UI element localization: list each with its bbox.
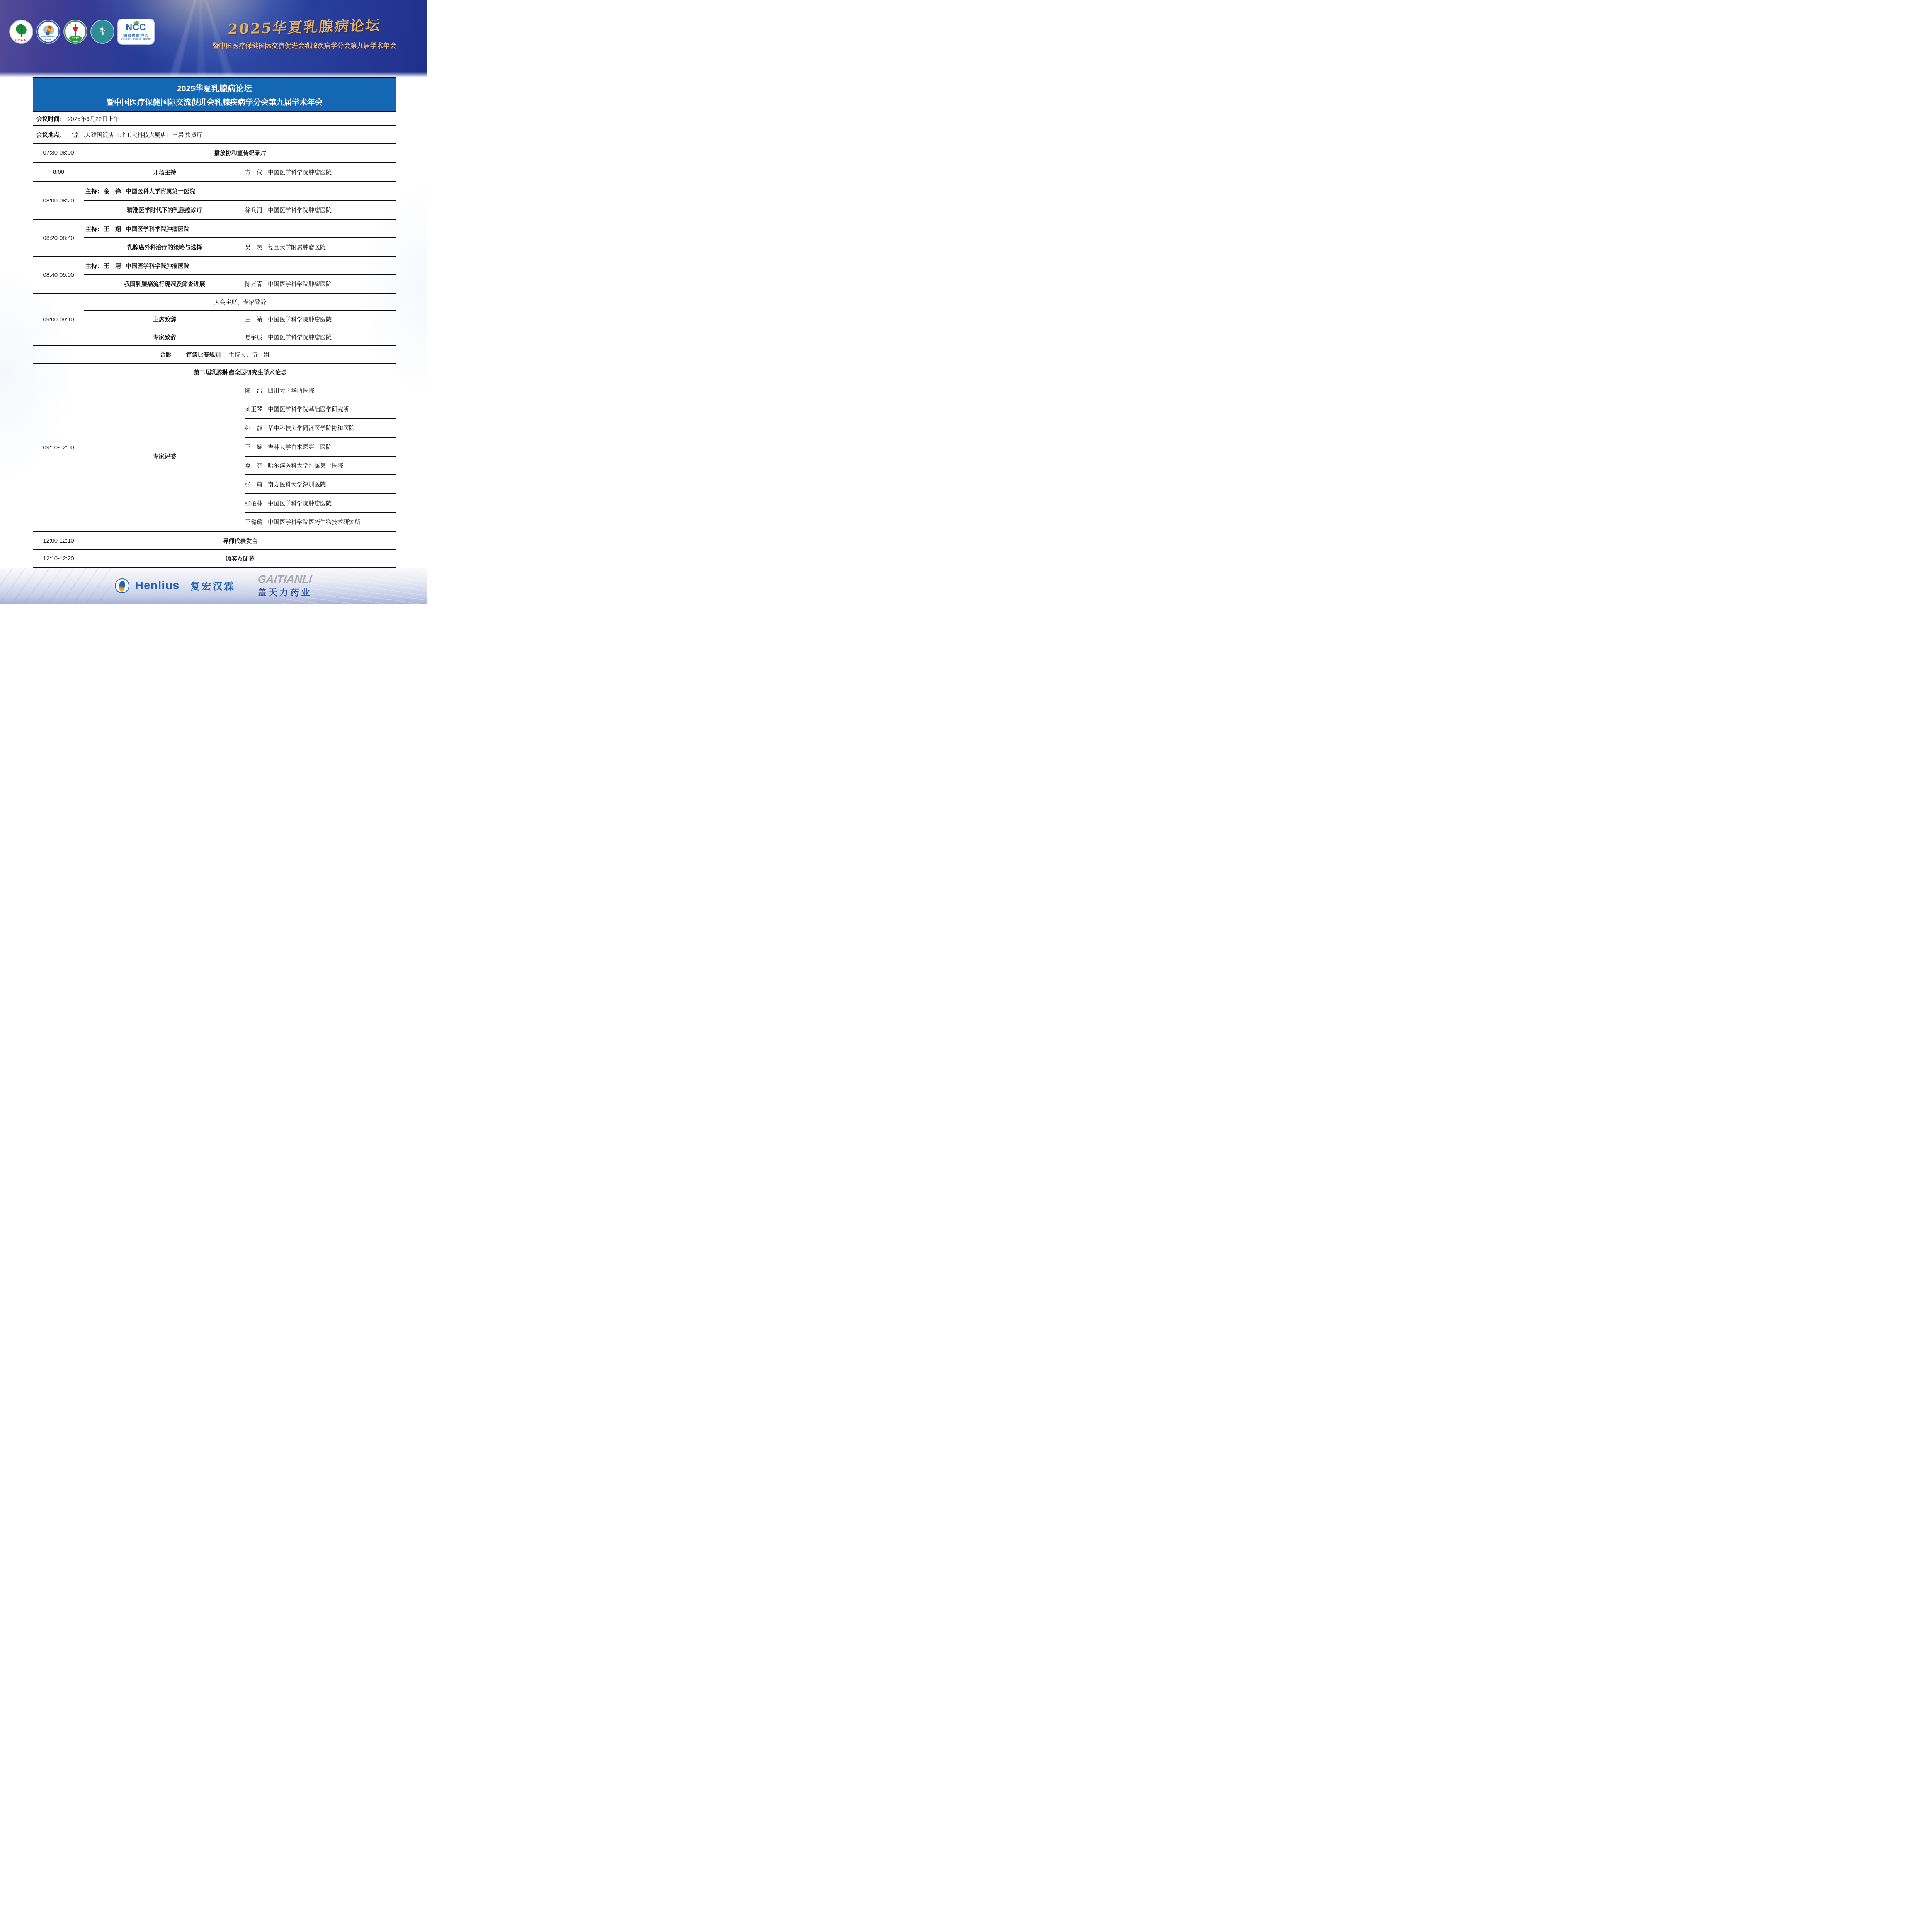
list-item: 冀 亮 哈尔滨医科大学附属第一医院 [245, 456, 396, 475]
speaker-affiliation: 中国医学科学院肿瘤医院 [268, 206, 332, 214]
speaker-cell: 徐兵河 中国医学科学院肿瘤医院 [245, 206, 396, 214]
ceremony-row-chairman: 主席致辞 王 靖 中国医学科学院肿瘤医院 [84, 311, 396, 328]
expert-affiliation: 哈尔滨医科大学附属第一医院 [268, 461, 343, 469]
conference-program-poster: CPAM Huaxia Medical Forum ♥ 2017 ⚕ NCC 国… [0, 0, 427, 604]
session-chair-row: 主持： 金 锋 中国医科大学附属第一医院 [84, 182, 396, 201]
rules-item: 宣读比赛规则 [186, 350, 221, 359]
chair-name: 王 翔 [104, 225, 122, 233]
agenda-row-award-closing: 12:10-12:20 颁奖及闭幕 [33, 550, 396, 568]
speaker-cell: 王 靖 中国医学科学院肿瘤医院 [245, 315, 396, 323]
meeting-time-value: 2025年6月22日上午 [68, 115, 119, 123]
year-badge: 2017 [69, 36, 82, 41]
ncc-chinese-name: 国家癌症中心 [123, 32, 149, 38]
time-slot: 07:30-08:00 [33, 150, 84, 156]
jury-label: 专家评委 [84, 381, 245, 531]
program-title-line1: 2025华夏乳腺病论坛 [177, 82, 252, 94]
expert-name: 冀 亮 [245, 461, 264, 469]
header-banner: CPAM Huaxia Medical Forum ♥ 2017 ⚕ NCC 国… [0, 0, 427, 77]
ceremony-row-expert: 专家致辞 焦宇辰 中国医学科学院肿瘤医院 [84, 328, 396, 346]
agenda-session-3: 08:40-09:00 主持： 王 靖 中国医学科学院肿瘤医院 我国乳腺癌流行现… [33, 257, 396, 294]
photo-host: 主持人：伍 娟 [229, 350, 269, 359]
speaker-name: 方 仪 [245, 168, 264, 176]
jury-expert-list: 陈 洁 四川大学华西医院 刘玉琴 中国医学科学院基础医学研究所 姚 静 华中科技… [245, 381, 396, 531]
item-title: 导师代表发言 [84, 537, 396, 545]
event-subtitle: 暨中国医疗保健国际交流促进会乳腺疾病学分会第九届学术年会 [182, 41, 427, 50]
list-item: 王璐璐 中国医学科学院医药生物技术研究所 [245, 512, 396, 531]
item-title: 颁奖及闭幕 [84, 554, 396, 563]
time-slot: 09:10-12:00 [33, 373, 84, 522]
list-item: 张柏林 中国医学科学院肿瘤医院 [245, 493, 396, 512]
ceremony-header-text: 大会主席、专家致辞 [84, 294, 396, 311]
photo-item: 合影 [160, 350, 171, 359]
list-item: 陈 洁 四川大学华西医院 [245, 381, 396, 400]
chair-label: 主持： [85, 225, 103, 233]
henlius-chinese-name: 复宏汉霖 [190, 579, 235, 593]
graduate-forum-title-row: 第二届乳腺肿瘤全国研究生学术论坛 [33, 364, 396, 381]
time-slot: 12:00-12:10 [33, 537, 84, 544]
jury-block: 09:10-12:00 专家评委 陈 洁 四川大学华西医院 刘玉琴 中国医学科学… [33, 381, 396, 532]
time-slot: 08:20-08:40 [33, 220, 84, 256]
henlius-icon [115, 578, 129, 593]
program-title-line2: 暨中国医疗保健国际交流促进会乳腺疾病学分会第九届学术年会 [106, 96, 323, 107]
item-title: 主席致辞 [84, 315, 245, 323]
talk-title: 精准医学时代下的乳腺癌诊疗 [84, 206, 245, 214]
ncc-english-name: NATIONAL CANCER CENTER [121, 38, 151, 41]
henlius-wordmark: Henlius [135, 579, 179, 592]
time-slot: 12:10-12:20 [33, 555, 84, 562]
time-slot: 08:00-08:20 [33, 182, 84, 219]
meeting-time-row: 会议时间： 2025年6月22日上午 [33, 112, 396, 126]
organizer-logos: CPAM Huaxia Medical Forum ♥ 2017 ⚕ NCC 国… [10, 19, 154, 44]
cams-cancer-hospital-logo-icon: ⚕ [91, 20, 114, 43]
chair-affiliation: 中国医学科学院肿瘤医院 [126, 262, 189, 270]
ceremony-header-row: 大会主席、专家致辞 [33, 294, 396, 311]
speaker-cell: 陈万青 中国医学科学院肿瘤医院 [245, 280, 396, 288]
agenda-session-2: 08:20-08:40 主持： 王 翔 中国医学科学院肿瘤医院 乳腺癌外科治疗的… [33, 220, 396, 257]
ceremony-block: 09:00-09:10 主席致辞 王 靖 中国医学科学院肿瘤医院 专家致辞 焦宇… [33, 311, 396, 346]
session-chair-row: 主持： 王 翔 中国医学科学院肿瘤医院 [84, 220, 396, 238]
speaker-cell: 方 仪 中国医学科学院肿瘤医院 [245, 168, 396, 176]
group-photo-row: 合影 宣读比赛规则 主持人：伍 娟 [33, 346, 396, 364]
time-slot: 8:00 [33, 169, 84, 175]
time-slot: 08:40-09:00 [33, 257, 84, 293]
speaker-name: 陈万青 [245, 280, 264, 288]
huaxia-forum-text: Huaxia Medical Forum [38, 36, 58, 41]
breast-disease-society-logo-icon: ♥ 2017 [64, 20, 87, 43]
speaker-name: 吴 炅 [245, 243, 264, 251]
expert-affiliation: 华中科技大学同济医学院协和医院 [268, 424, 355, 432]
aesculapius-staff-icon [21, 24, 22, 37]
session-talk-row: 我国乳腺癌流行现况及筛查进展 陈万青 中国医学科学院肿瘤医院 [84, 275, 396, 293]
expert-affiliation: 中国医学科学院肿瘤医院 [268, 499, 332, 507]
speaker-affiliation: 中国医学科学院肿瘤医院 [268, 315, 332, 323]
expert-affiliation: 四川大学华西医院 [268, 386, 314, 395]
agenda-row-opening-video: 07:30-08:00 播放协和宣传纪录片 [33, 144, 396, 163]
meeting-venue-label: 会议地点： [36, 131, 65, 139]
expert-affiliation: 中国医学科学院医药生物技术研究所 [268, 518, 361, 526]
meeting-time-label: 会议时间： [36, 115, 65, 123]
event-title-block: 2025华夏乳腺病论坛 暨中国医疗保健国际交流促进会乳腺疾病学分会第九届学术年会 [182, 15, 427, 50]
session-talk-row: 精准医学时代下的乳腺癌诊疗 徐兵河 中国医学科学院肿瘤医院 [84, 201, 396, 219]
event-title: 2025华夏乳腺病论坛 [181, 12, 427, 40]
cpam-letters: CPAM [10, 39, 32, 42]
speaker-name: 王 靖 [245, 315, 264, 323]
ncc-abbreviation: NCC [126, 23, 146, 32]
session-chair-row: 主持： 王 靖 中国医学科学院肿瘤医院 [84, 257, 396, 275]
agenda-table: 会议时间： 2025年6月22日上午 会议地点： 北京工大建国饭店（北工大科技大… [33, 112, 396, 568]
talk-title: 我国乳腺癌流行现况及筛查进展 [84, 280, 245, 288]
chair-label: 主持： [85, 262, 103, 270]
expert-name: 张柏林 [245, 499, 264, 507]
cpam-logo-icon: CPAM [10, 20, 32, 43]
speaker-affiliation: 复旦大学附属肿瘤医院 [268, 243, 326, 251]
sponsor-footer: Henlius 复宏汉霖 GAITIANLI 盖天力药业 [0, 568, 427, 604]
item-title: 播放协和宣传纪录片 [84, 149, 396, 157]
expert-name: 王璐璐 [245, 518, 264, 526]
chair-name: 王 靖 [104, 262, 122, 270]
speaker-cell: 吴 炅 复旦大学附属肿瘤医院 [245, 243, 396, 251]
expert-affiliation: 中国医学科学院基础医学研究所 [268, 405, 349, 413]
speaker-cell: 焦宇辰 中国医学科学院肿瘤医院 [245, 333, 396, 341]
huaxia-medical-forum-logo-icon: Huaxia Medical Forum [37, 20, 60, 43]
speaker-name: 徐兵河 [245, 206, 264, 214]
chair-affiliation: 中国医科大学附属第一医院 [126, 187, 195, 195]
ncc-logo: NCC 国家癌症中心 NATIONAL CANCER CENTER [118, 19, 154, 44]
expert-affiliation: 吉林大学白求恩第三医院 [268, 443, 332, 451]
winged-staff-icon: ⚕ [99, 26, 105, 37]
henlius-logo: Henlius 复宏汉霖 [115, 578, 235, 593]
staff-icon [75, 24, 76, 36]
meeting-venue-row: 会议地点： 北京工大建国饭店（北工大科技大厦店）三层 集贤厅 [33, 126, 396, 144]
list-item: 王 婉 吉林大学白求恩第三医院 [245, 437, 396, 456]
session-talk-row: 乳腺癌外科治疗的策略与选择 吴 炅 复旦大学附属肿瘤医院 [84, 238, 396, 256]
gaitianli-chinese-name: 盖天力药业 [258, 585, 312, 598]
agenda-row-opening-host: 8:00 开场主持 方 仪 中国医学科学院肿瘤医院 [33, 163, 396, 182]
list-item: 姚 静 华中科技大学同济医学院协和医院 [245, 418, 396, 437]
talk-title: 乳腺癌外科治疗的策略与选择 [84, 243, 245, 251]
chair-affiliation: 中国医学科学院肿瘤医院 [126, 225, 189, 233]
agenda-row-mentor-speech: 12:00-12:10 导师代表发言 [33, 532, 396, 550]
list-item: 张 萌 南方医科大学深圳医院 [245, 474, 396, 493]
meeting-venue-value: 北京工大建国饭店（北工大科技大厦店）三层 集贤厅 [68, 131, 202, 139]
expert-name: 王 婉 [245, 443, 264, 451]
graduate-forum-title: 第二届乳腺肿瘤全国研究生学术论坛 [84, 364, 396, 381]
chair-label: 主持： [85, 187, 103, 195]
speaker-name: 焦宇辰 [245, 333, 264, 341]
agenda-session-1: 08:00-08:20 主持： 金 锋 中国医科大学附属第一医院 精准医学时代下… [33, 182, 396, 220]
expert-name: 刘玉琴 [245, 405, 264, 413]
item-title: 专家致辞 [84, 333, 245, 341]
chair-name: 金 锋 [104, 187, 122, 195]
expert-name: 张 萌 [245, 480, 264, 488]
item-title: 开场主持 [84, 168, 245, 176]
list-item: 刘玉琴 中国医学科学院基础医学研究所 [245, 400, 396, 418]
time-slot: 09:00-09:10 [33, 311, 84, 328]
speaker-affiliation: 中国医学科学院肿瘤医院 [268, 333, 332, 341]
program-title-bar: 2025华夏乳腺病论坛 暨中国医疗保健国际交流促进会乳腺疾病学分会第九届学术年会 [33, 77, 396, 112]
expert-name: 陈 洁 [245, 386, 264, 395]
gaitianli-logo: GAITIANLI 盖天力药业 [258, 574, 312, 598]
gaitianli-wordmark: GAITIANLI [257, 574, 312, 585]
expert-affiliation: 南方医科大学深圳医院 [268, 480, 326, 488]
speaker-affiliation: 中国医学科学院肿瘤医院 [268, 168, 332, 176]
expert-name: 姚 静 [245, 424, 264, 432]
speaker-affiliation: 中国医学科学院肿瘤医院 [268, 280, 332, 288]
